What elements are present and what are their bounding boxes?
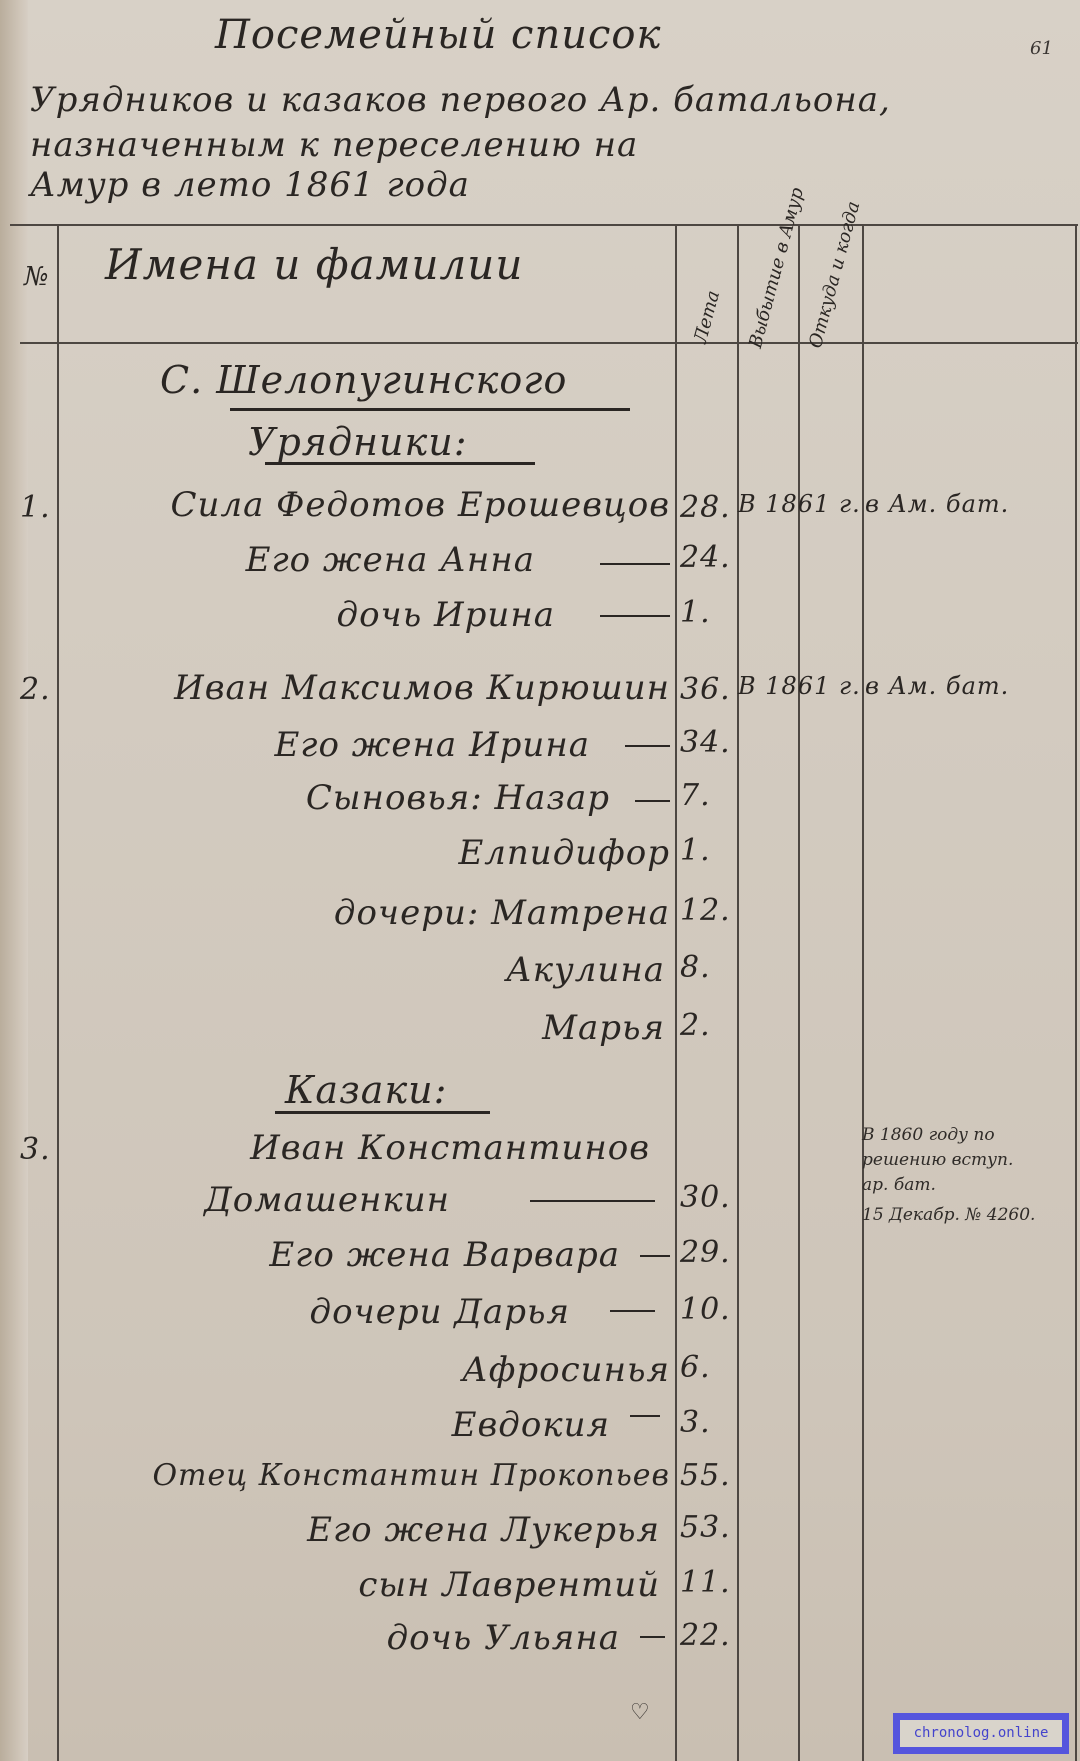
header-age: Лета [690, 288, 724, 345]
member-name: дочери Дарья [310, 1292, 570, 1332]
header-name: Имена и фамилии [105, 240, 523, 289]
member-age: 24. [680, 540, 731, 575]
family-number: 3. [20, 1132, 51, 1167]
member-name: Его жена Анна [246, 540, 535, 580]
member-age: 22. [680, 1618, 731, 1653]
document-title: Посемейный список [215, 12, 661, 58]
leader-dash [625, 745, 670, 747]
column-divider-year [737, 224, 739, 1761]
member-name: Сыновья: Назар [306, 778, 610, 818]
member-name: Иван Константинов [250, 1128, 650, 1168]
family-number: 1. [20, 490, 51, 525]
member-age: 11. [680, 1565, 731, 1600]
column-divider-remarks [862, 224, 864, 1761]
column-divider-origin [798, 224, 800, 1761]
leader-dash [600, 615, 670, 617]
member-age: 7. [680, 778, 711, 813]
member-name: Акулина [506, 950, 665, 990]
header-bottom-border [20, 342, 1078, 344]
archival-page: Посемейный список 61 Урядников и казаков… [0, 0, 1080, 1761]
leader-dash [610, 1310, 655, 1312]
remark-line: ар. бат. [862, 1175, 936, 1195]
member-age: 34. [680, 725, 731, 760]
leader-dash [600, 563, 670, 565]
departure-year: В 1861 г. [738, 672, 861, 700]
pencil-mark: ♡ [630, 1700, 650, 1725]
member-name: дочь Ульяна [387, 1618, 620, 1658]
table-top-border [10, 224, 1078, 226]
member-age: 1. [680, 833, 711, 868]
member-age: 55. [680, 1458, 731, 1493]
watermark-text: chronolog.online [900, 1720, 1062, 1747]
member-name: Его жена Варвара [269, 1235, 620, 1275]
member-age: 3. [680, 1405, 711, 1440]
member-name: Отец Константин Прокопьев [152, 1458, 670, 1493]
member-name: сын Лаврентий [358, 1565, 660, 1605]
leader-dash [630, 1415, 660, 1417]
member-age: 28. [680, 490, 731, 525]
leader-dash [640, 1636, 665, 1638]
header-number: № [24, 262, 50, 292]
section-heading-cossacks: Казаки: [285, 1068, 447, 1112]
family-number: 2. [20, 672, 51, 707]
leader-dash [530, 1200, 655, 1202]
battalion-note: в Ам. бат. [865, 672, 1009, 700]
column-divider-age [675, 224, 677, 1761]
subtitle-line-1: Урядников и казаков первого Ар. батальон… [30, 80, 891, 120]
member-name: дочери: Матрена [334, 893, 670, 933]
member-age: 2. [680, 1008, 711, 1043]
section-heading-village: С. Шелопугинского [160, 358, 567, 402]
remark-line: решению вступ. [862, 1150, 1013, 1170]
folio-number: 61 [1030, 38, 1053, 59]
section-heading-underline [230, 408, 630, 411]
member-name: Марья [542, 1008, 665, 1048]
subtitle-line-2: назначенным к переселению на [30, 125, 638, 165]
remark-line: 15 Декабр. № 4260. [862, 1205, 1035, 1225]
member-name: Его жена Лукерья [307, 1510, 660, 1550]
watermark-badge: chronolog.online [893, 1713, 1069, 1754]
member-age: 12. [680, 893, 731, 928]
column-divider-number [57, 224, 59, 1761]
member-age: 6. [680, 1350, 711, 1385]
member-age: 1. [680, 595, 711, 630]
member-name: Сила Федотов Ерошевцов [171, 485, 670, 525]
section-heading-underline [275, 1111, 490, 1114]
member-name: Иван Максимов Кирюшин [174, 668, 670, 708]
page-right-margin [1075, 224, 1077, 1761]
member-name: дочь Ирина [337, 595, 555, 635]
member-age: 8. [680, 950, 711, 985]
member-age: 30. [680, 1180, 731, 1215]
header-origin: Откуда и когда [805, 199, 864, 350]
battalion-note: в Ам. бат. [865, 490, 1009, 518]
subtitle-line-3: Амур в лето 1861 года [30, 165, 470, 205]
leader-dash [640, 1255, 670, 1257]
member-age: 29. [680, 1235, 731, 1270]
member-name: Елпидифор [458, 833, 670, 873]
remark-line: В 1860 году по [862, 1125, 995, 1145]
member-age: 10. [680, 1292, 731, 1327]
member-age: 53. [680, 1510, 731, 1545]
departure-year: В 1861 г. [738, 490, 861, 518]
member-age: 36. [680, 672, 731, 707]
leader-dash [635, 800, 670, 802]
member-name: Евдокия [452, 1405, 610, 1445]
member-name: Его жена Ирина [274, 725, 590, 765]
member-name: Домашенкин [204, 1180, 450, 1220]
section-heading-underline [265, 462, 535, 465]
section-heading-uryadniki: Урядники: [248, 420, 468, 464]
member-name: Афросинья [462, 1350, 670, 1390]
